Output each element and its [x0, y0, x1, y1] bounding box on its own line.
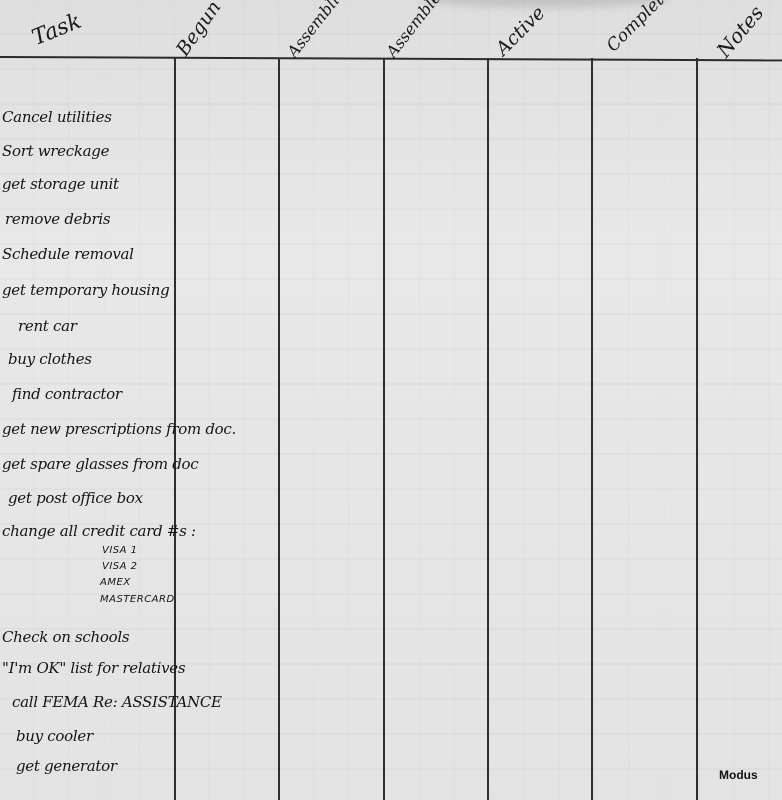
cell-begun[interactable]	[176, 691, 278, 721]
cell-assembled[interactable]	[385, 315, 487, 345]
cell-assembled[interactable]	[385, 279, 487, 309]
cell-active[interactable]	[489, 725, 591, 755]
cell-notes[interactable]	[698, 208, 782, 238]
cell-active[interactable]	[489, 106, 591, 136]
cell-assembled[interactable]	[385, 520, 487, 550]
cell-begun[interactable]	[176, 626, 278, 656]
task-label: get temporary housing	[2, 281, 169, 299]
cell-begun[interactable]	[176, 348, 278, 378]
task-label: Sort wreckage	[2, 142, 109, 160]
cell-complete[interactable]	[593, 315, 696, 345]
cell-notes[interactable]	[698, 348, 782, 378]
cell-begun[interactable]	[176, 208, 278, 238]
cell-complete[interactable]	[593, 208, 696, 238]
cell-assembled[interactable]	[385, 383, 487, 413]
cell-begun[interactable]	[176, 140, 278, 170]
cell-assembled[interactable]	[385, 691, 487, 721]
cell-notes[interactable]	[698, 487, 782, 517]
cell-begun[interactable]	[176, 487, 278, 517]
task-label: Schedule removal	[2, 245, 134, 263]
cell-notes[interactable]	[698, 173, 782, 203]
cell-notes[interactable]	[698, 243, 782, 273]
task-label: Check on schools	[2, 628, 129, 646]
cell-begun[interactable]	[176, 453, 278, 483]
cell-active[interactable]	[489, 348, 591, 378]
cell-complete[interactable]	[593, 626, 696, 656]
cell-notes[interactable]	[698, 626, 782, 656]
cell-begun[interactable]	[176, 725, 278, 755]
cell-complete[interactable]	[593, 173, 696, 203]
cell-assembled[interactable]	[385, 243, 487, 273]
cell-complete[interactable]	[593, 520, 696, 550]
cell-begun[interactable]	[176, 657, 278, 687]
cell-active[interactable]	[489, 279, 591, 309]
cell-assembled[interactable]	[385, 418, 487, 448]
cell-notes[interactable]	[698, 657, 782, 687]
cell-active[interactable]	[489, 243, 591, 273]
cell-assembled[interactable]	[385, 626, 487, 656]
cell-assembling[interactable]	[280, 243, 383, 273]
cell-begun[interactable]	[176, 106, 278, 136]
cell-notes[interactable]	[698, 418, 782, 448]
cell-notes[interactable]	[698, 106, 782, 136]
cell-active[interactable]	[489, 626, 591, 656]
cell-active[interactable]	[489, 383, 591, 413]
cell-assembling[interactable]	[280, 487, 383, 517]
cell-assembling[interactable]	[280, 348, 383, 378]
cell-assembling[interactable]	[280, 173, 383, 203]
cell-assembled[interactable]	[385, 657, 487, 687]
cell-assembling[interactable]	[280, 453, 383, 483]
cell-notes[interactable]	[698, 725, 782, 755]
cell-assembling[interactable]	[280, 657, 383, 687]
cell-notes[interactable]	[698, 520, 782, 550]
cell-assembled[interactable]	[385, 725, 487, 755]
cell-complete[interactable]	[593, 243, 696, 273]
cell-active[interactable]	[489, 140, 591, 170]
cell-active[interactable]	[489, 755, 591, 785]
cell-complete[interactable]	[593, 140, 696, 170]
cell-notes[interactable]	[698, 383, 782, 413]
cell-active[interactable]	[489, 520, 591, 550]
task-label: buy clothes	[8, 350, 92, 368]
task-label: buy cooler	[16, 727, 93, 745]
cell-notes[interactable]	[698, 315, 782, 345]
cell-begun[interactable]	[176, 755, 278, 785]
cell-assembling[interactable]	[280, 755, 383, 785]
cell-complete[interactable]	[593, 691, 696, 721]
task-label: "I'm OK" list for relatives	[2, 659, 185, 677]
cell-active[interactable]	[489, 487, 591, 517]
cell-complete[interactable]	[593, 725, 696, 755]
cell-begun[interactable]	[176, 520, 278, 550]
cell-notes[interactable]	[698, 453, 782, 483]
cell-notes[interactable]	[698, 691, 782, 721]
cell-assembling[interactable]	[280, 315, 383, 345]
cell-assembling[interactable]	[280, 520, 383, 550]
cell-begun[interactable]	[176, 243, 278, 273]
cell-assembled[interactable]	[385, 348, 487, 378]
cell-assembled[interactable]	[385, 453, 487, 483]
cell-begun[interactable]	[176, 383, 278, 413]
cell-assembling[interactable]	[280, 725, 383, 755]
cell-notes[interactable]	[698, 279, 782, 309]
cell-assembling[interactable]	[280, 208, 383, 238]
cell-active[interactable]	[489, 173, 591, 203]
cell-complete[interactable]	[593, 755, 696, 785]
cell-assembled[interactable]	[385, 208, 487, 238]
task-label: find contractor	[12, 385, 122, 403]
task-subitem: MASTERCARD	[100, 594, 175, 605]
task-label: get storage unit	[2, 175, 119, 193]
brand-watermark: Modus	[719, 768, 758, 782]
task-subitem: VISA 2	[102, 561, 138, 572]
cell-complete[interactable]	[593, 487, 696, 517]
cell-active[interactable]	[489, 418, 591, 448]
task-label: rent car	[18, 317, 77, 335]
cell-assembling[interactable]	[280, 383, 383, 413]
cell-active[interactable]	[489, 315, 591, 345]
cell-assembled[interactable]	[385, 140, 487, 170]
cell-active[interactable]	[489, 657, 591, 687]
cell-begun[interactable]	[176, 173, 278, 203]
cell-complete[interactable]	[593, 453, 696, 483]
cell-assembled[interactable]	[385, 173, 487, 203]
cell-active[interactable]	[489, 691, 591, 721]
cell-assembling[interactable]	[280, 140, 383, 170]
task-label: remove debris	[5, 210, 110, 228]
cell-complete[interactable]	[593, 348, 696, 378]
cell-notes[interactable]	[698, 140, 782, 170]
task-label: get post office box	[8, 489, 143, 507]
cell-begun[interactable]	[176, 279, 278, 309]
cell-assembled[interactable]	[385, 487, 487, 517]
cell-active[interactable]	[489, 453, 591, 483]
cell-complete[interactable]	[593, 418, 696, 448]
cell-assembling[interactable]	[280, 106, 383, 136]
cell-assembling[interactable]	[280, 626, 383, 656]
cell-complete[interactable]	[593, 657, 696, 687]
task-subitem: VISA 1	[102, 545, 138, 556]
cell-active[interactable]	[489, 208, 591, 238]
task-label: Cancel utilities	[2, 108, 112, 126]
cell-begun[interactable]	[176, 418, 278, 448]
cell-complete[interactable]	[593, 279, 696, 309]
task-label: get generator	[16, 757, 117, 775]
cell-assembling[interactable]	[280, 691, 383, 721]
task-label: change all credit card #s :	[2, 522, 196, 540]
cell-begun[interactable]	[176, 315, 278, 345]
cell-assembling[interactable]	[280, 418, 383, 448]
task-label: get spare glasses from doc	[2, 455, 198, 473]
cell-assembling[interactable]	[280, 279, 383, 309]
task-subitem: AMEX	[100, 577, 131, 588]
cell-assembled[interactable]	[385, 106, 487, 136]
cell-complete[interactable]	[593, 383, 696, 413]
cell-assembled[interactable]	[385, 755, 487, 785]
cell-complete[interactable]	[593, 106, 696, 136]
